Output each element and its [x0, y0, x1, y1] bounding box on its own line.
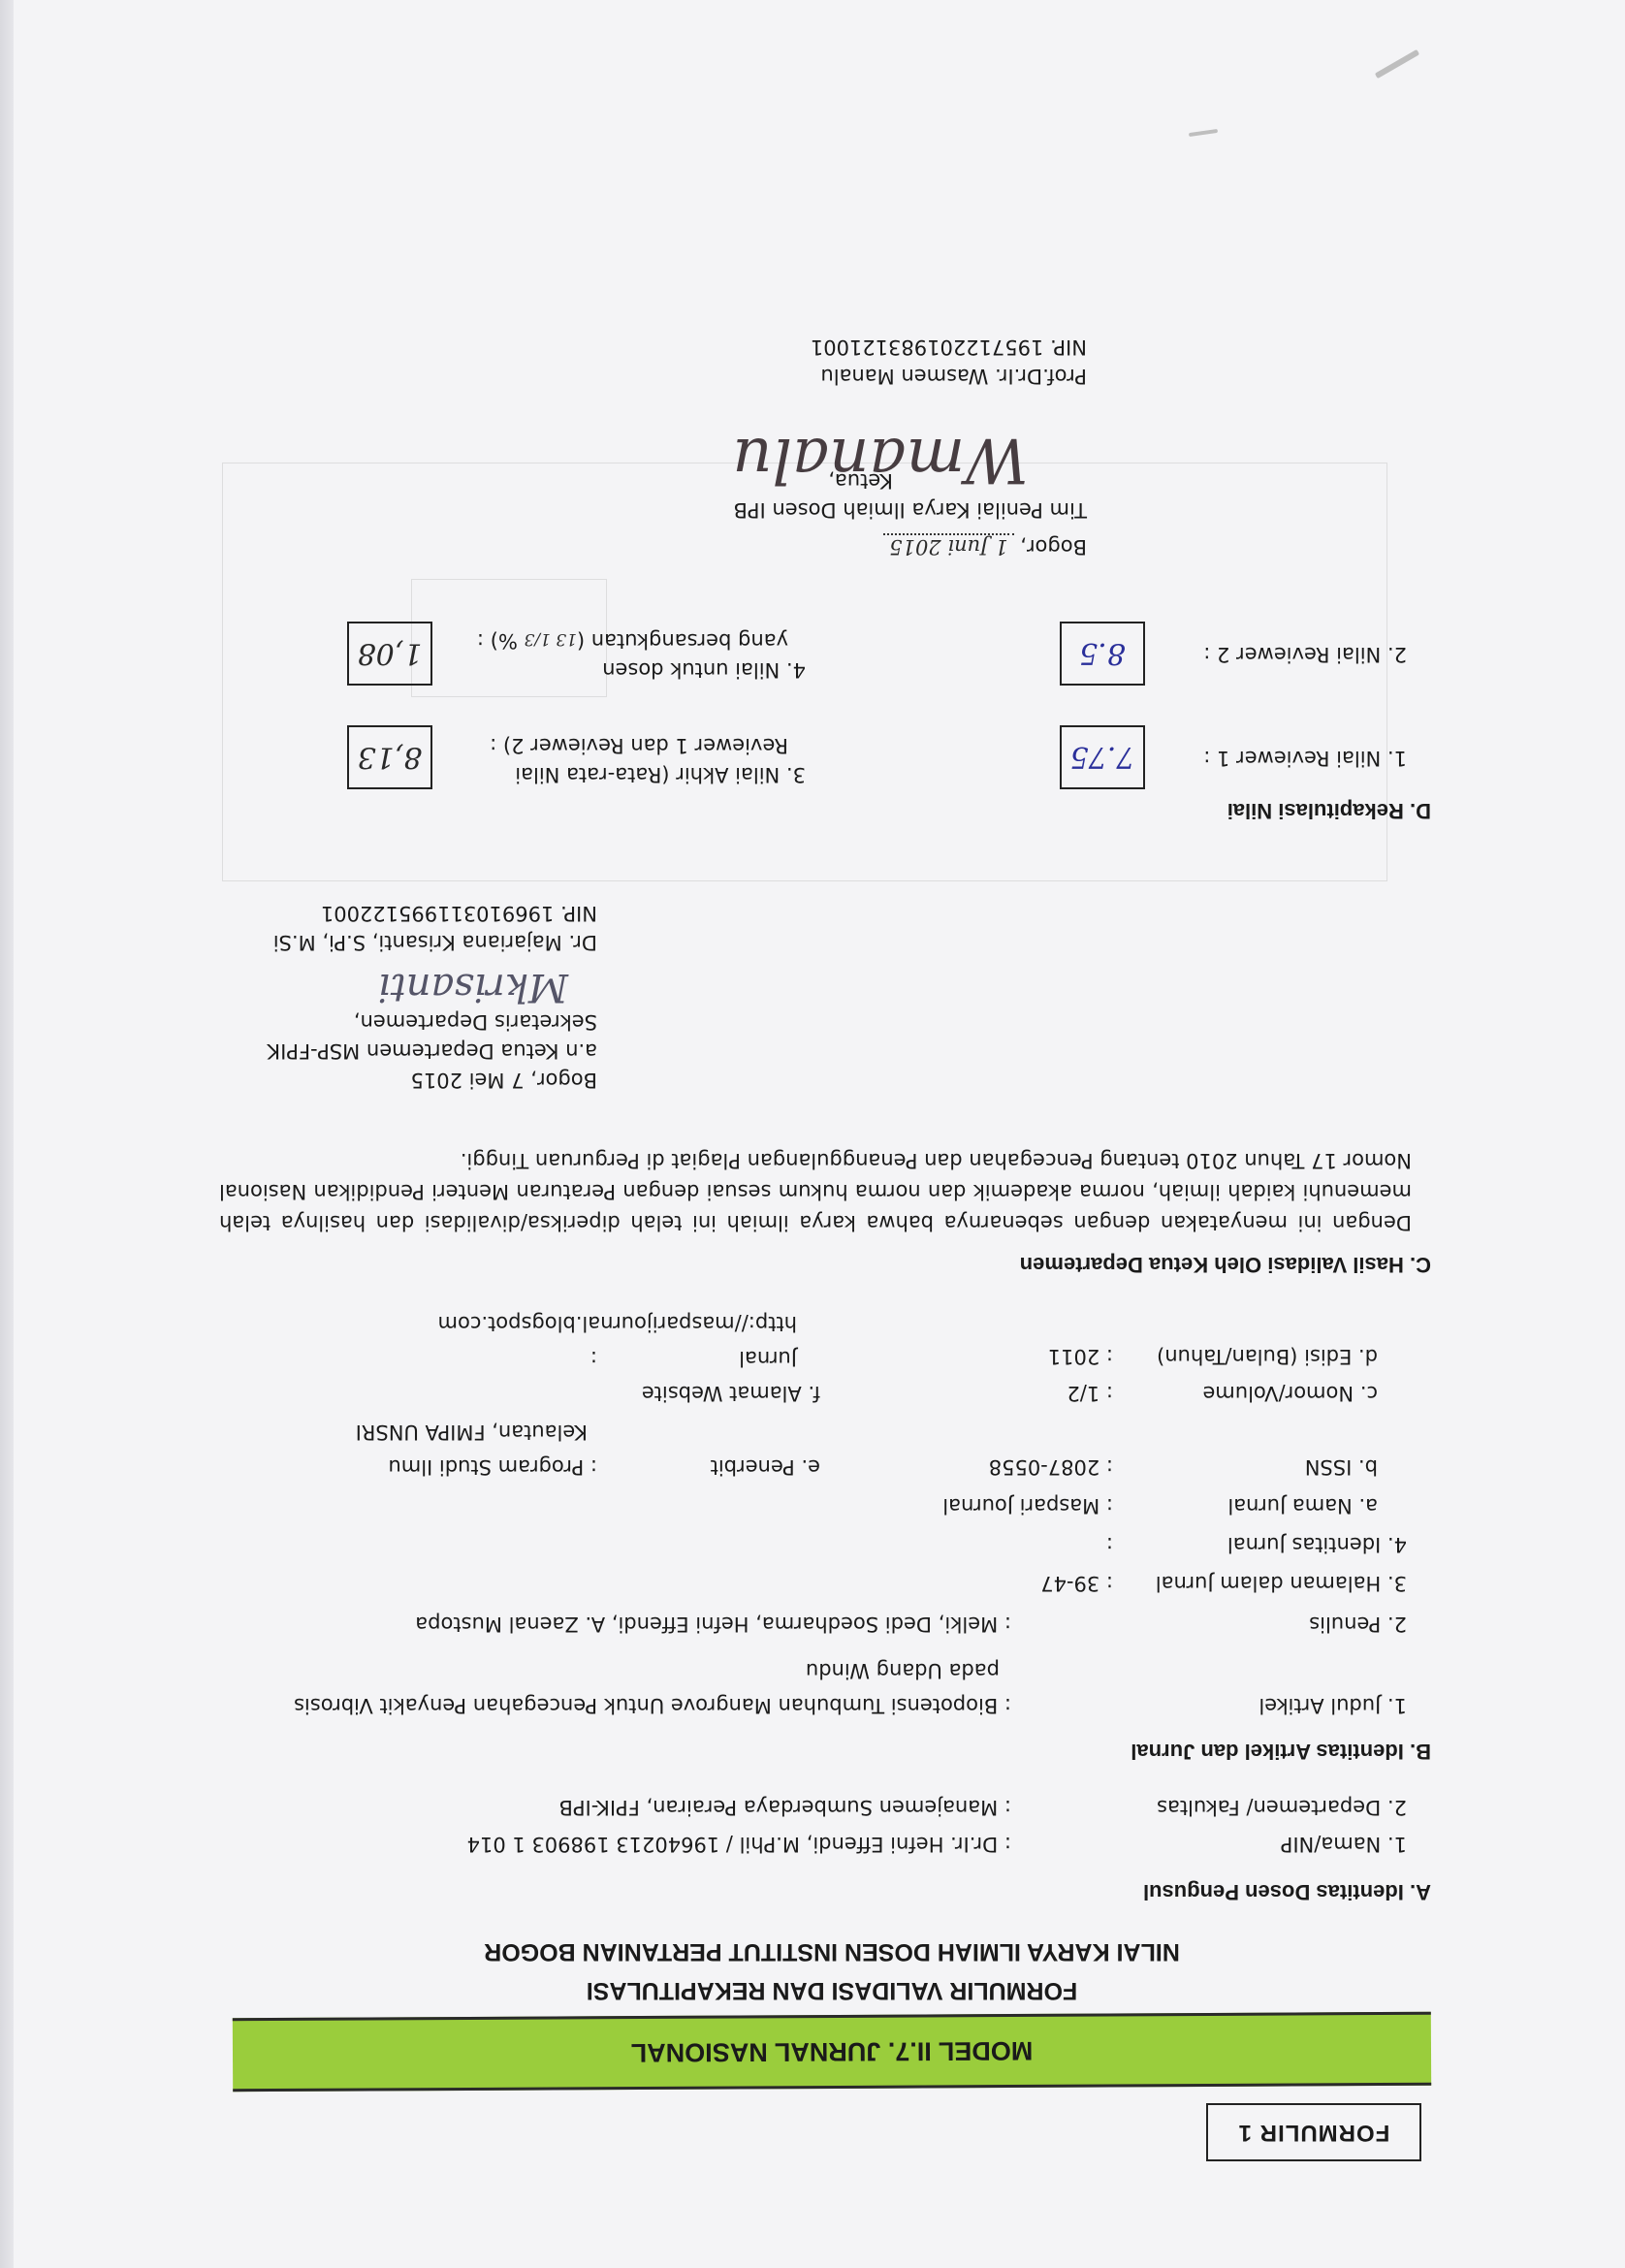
- signoff-team: Tim Penilai Karya Ilmiah Dosen IPB: [733, 495, 1087, 525]
- penerbit-value-line2: Kelautan, FMIPA UNSRI: [356, 1421, 588, 1444]
- ketua-signature: Wmanalu: [732, 445, 1029, 474]
- dept-place-date: Bogor, 7 Mei 2015: [267, 1066, 597, 1095]
- signoff-nip: NIP. 195712201983121001: [733, 333, 1087, 362]
- nomor-volume-label: c. Nomor/Volume: [1202, 1382, 1378, 1405]
- judul-value-line2: pada Udang Windu: [806, 1659, 1000, 1682]
- halaman-label: 3. Halaman dalam Jurnal: [1156, 1572, 1407, 1595]
- edisi-label: d. Edisi (Bulan/Tahun): [1157, 1345, 1378, 1368]
- penulis-value: : Melki, Dedi Soedharma, Hefni Effendi, …: [415, 1613, 1011, 1636]
- signoff-name: Prof.Dr.Ir. Wasmen Manalu: [733, 362, 1087, 391]
- reviewer1-score-box: 7.75: [1060, 725, 1145, 789]
- nama-jurnal-label: a. Nama Jurnal: [1227, 1494, 1378, 1517]
- penerbit-value-line1: : Program Studi Ilmu: [388, 1455, 597, 1479]
- website-label-line1: f. Alamat Website: [642, 1382, 820, 1405]
- section-d-heading: D. Rekapitulasi Nilai: [1227, 798, 1431, 823]
- reviewer1-label: 1. Nilai Reviewer 1 :: [1203, 747, 1407, 770]
- signoff-place: Bogor,: [1014, 535, 1087, 559]
- dept-signature: Mkrisanti: [378, 973, 568, 1002]
- judul-label: 1. Judul Artikel: [1259, 1694, 1407, 1717]
- dosen-score-label-line1: 4. Nilai untuk dosen: [477, 658, 806, 682]
- scan-speck: [1189, 129, 1218, 137]
- dosen-score-box: 1,08: [347, 622, 432, 686]
- final-score-box: 8,13: [347, 725, 432, 789]
- dosen-share-suffix: %) :: [477, 629, 525, 653]
- final-score-label: 3. Nilai Akhir (Rata-rata Nilai Reviewer…: [490, 734, 806, 786]
- departemen-label: 2. Departemen/ Fakultas: [1157, 1796, 1407, 1819]
- form-title-line1: FORMULIR VALIDASI DAN REKAPITULASI: [233, 1976, 1431, 2004]
- nama-nip-value: : Dr.Ir. Hefni Effendi, M.Phil / 1964021…: [467, 1833, 1011, 1856]
- dept-on-behalf: a.n Ketua Departemen MSP-FPIK: [267, 1037, 597, 1066]
- formulir-label: FORMULIR 1: [1206, 2103, 1421, 2161]
- dosen-share-prefix: yang bersangkutan (: [577, 629, 788, 653]
- dosen-share-percent: 13 1/3: [525, 629, 577, 649]
- dept-signer-name: Dr. Majariana Krisanti, S.Pi, M.Si: [267, 928, 597, 957]
- nama-nip-label: 1. Nama/NIP: [1281, 1833, 1407, 1856]
- scan-speck: [1375, 49, 1419, 79]
- dosen-score-label: 4. Nilai untuk dosen yang bersangkutan (…: [477, 629, 806, 682]
- website-colon: :: [590, 1347, 597, 1370]
- reviewer2-score-box: 8.5: [1060, 622, 1145, 686]
- website-value: http://maspariјournal.blogspot.com: [438, 1312, 797, 1335]
- issn-value: : 2087-0558: [989, 1455, 1113, 1479]
- dept-position: Sekretaris Departemen,: [267, 1007, 597, 1037]
- dept-signature-block: Bogor, 7 Mei 2015 a.n Ketua Departemen M…: [267, 899, 597, 1095]
- judul-value-line1: : Biopotensi Tumbuhan Mangrove Untuk Pen…: [294, 1694, 1011, 1717]
- nomor-volume-value: : 1/2: [1067, 1382, 1113, 1405]
- nama-jurnal-value: : Maspari Journal: [942, 1494, 1113, 1517]
- form-title-line2: NILAI KARYA ILMIAH DOSEN INSTITUT PERTAN…: [233, 1937, 1431, 1965]
- website-label-line2: Jurnal: [739, 1347, 797, 1370]
- identitas-jurnal-label: 4. Identitas Jurnal: [1227, 1533, 1407, 1556]
- edisi-value: : 2011: [1048, 1345, 1113, 1368]
- model-banner: MODEL II.7. JURNAL NASIONAL: [233, 2012, 1431, 2092]
- issn-label: b. ISSN: [1305, 1455, 1378, 1479]
- dept-signer-nip: NIP. 196910311995122001: [267, 899, 597, 928]
- departemen-value: : Manajemen Sumberdaya Perairan, FPIK-IP…: [559, 1796, 1012, 1819]
- signoff-place-date: Bogor, 1 Juni 2015: [733, 532, 1087, 561]
- section-a-heading: A. Identitas Dosen Pengusul: [1143, 1879, 1431, 1904]
- penulis-label: 2. Penulis: [1309, 1613, 1407, 1636]
- reviewer2-label: 2. Nilai Reviewer 2 :: [1203, 643, 1407, 666]
- validation-statement: Dengan ini menyatakan dengan sebenarnya …: [219, 1145, 1412, 1238]
- ketua-signature-block: Bogor, 1 Juni 2015 Tim Penilai Karya Ilm…: [733, 333, 1087, 561]
- dosen-score-label-line2: yang bersangkutan (13 1/3 %) :: [477, 629, 788, 653]
- penerbit-label: e. Penerbit: [711, 1455, 820, 1479]
- signoff-date: 1 Juni 2015: [883, 533, 1013, 559]
- identitas-jurnal-colon: :: [1106, 1533, 1113, 1556]
- final-score-label-line2: Reviewer 1 dan Reviewer 2) :: [490, 734, 788, 757]
- scan-edge: [0, 0, 14, 2268]
- halaman-value: : 39-47: [1040, 1572, 1113, 1595]
- section-b-heading: B. Identitas Artikel dan Jurnal: [1131, 1739, 1431, 1764]
- scanned-form-page: FORMULIR 1 MODEL II.7. JURNAL NASIONAL F…: [0, 0, 1625, 2268]
- final-score-label-line1: 3. Nilai Akhir (Rata-rata Nilai: [490, 763, 806, 786]
- section-c-heading: C. Hasil Validasi Oleh Ketua Departemen: [1020, 1252, 1431, 1277]
